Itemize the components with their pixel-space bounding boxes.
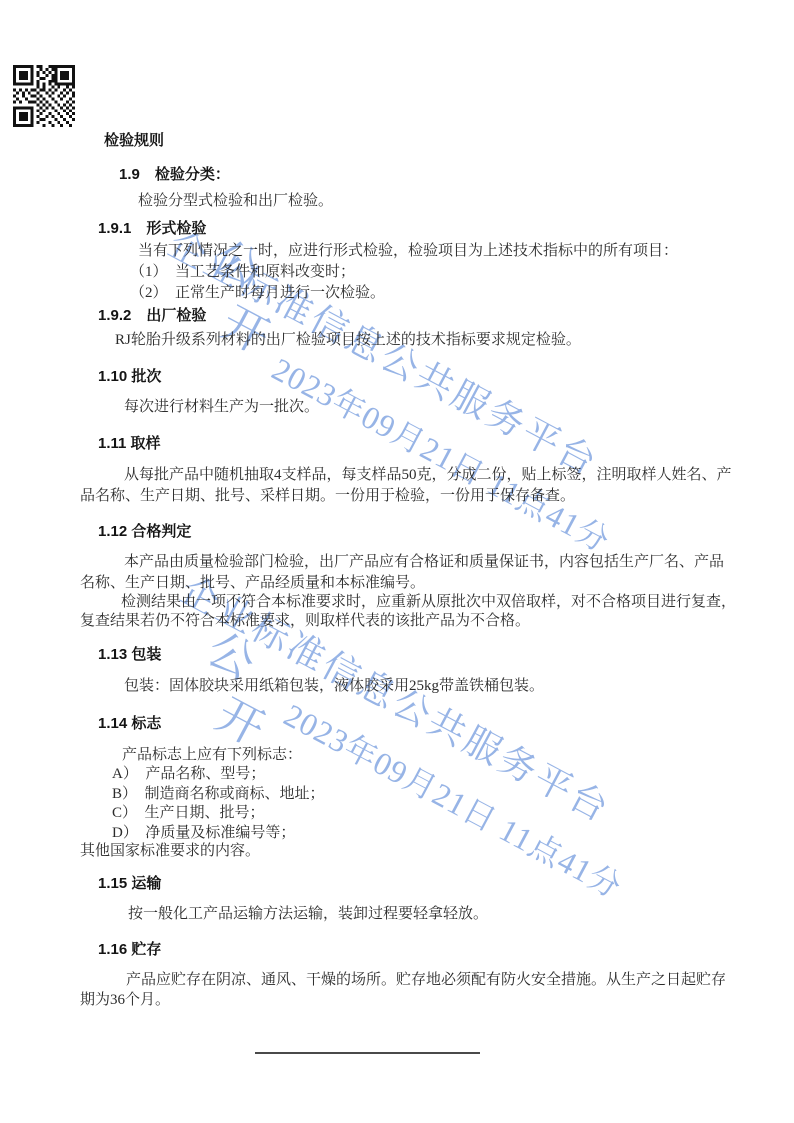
list-item-1: （1） 当工艺条件和原料改变时；: [130, 263, 355, 282]
document-page: 企业标准信息公共服务平台 2023年09月21日 11点41分 公 开 企业标准…: [0, 0, 794, 1123]
list-item-2: （2） 正常生产时每月进行一次检验。: [130, 284, 385, 303]
paragraph-1-13: 包装：固体胶块采用纸箱包装，液体胶采用25kg带盖铁桶包装。: [124, 677, 544, 696]
paragraph-1-14-tail: 其他国家标准要求的内容。: [80, 842, 260, 861]
paragraph-1-10: 每次进行材料生产为一批次。: [124, 398, 319, 417]
paragraph-1-9-1-intro: 当有下列情况之一时，应进行形式检验，检验项目为上述技术指标中的所有项目：: [138, 242, 678, 261]
heading-1-11: 1.11 取样: [98, 434, 161, 453]
heading-1-9-2: 1.9.2 出厂检验: [98, 306, 206, 325]
list-item-b: B） 制造商名称或商标、地址；: [112, 785, 325, 804]
heading-1-10: 1.10 批次: [98, 367, 161, 386]
heading-1-13: 1.13 包装: [98, 645, 161, 664]
heading-1-9-1: 1.9.1 形式检验: [98, 219, 206, 238]
list-item-c: C） 生产日期、批号；: [112, 804, 265, 823]
paragraph-1-11-line1: 从每批产品中随机抽取4支样品，每支样品50克，分成二份，贴上标签，注明取样人姓名…: [124, 466, 732, 485]
paragraph-1-15: 按一般化工产品运输方法运输，装卸过程要轻拿轻放。: [128, 905, 488, 924]
paragraph-1-9: 检验分型式检验和出厂检验。: [138, 192, 333, 211]
paragraph-1-16-line1: 产品应贮存在阴凉、通风、干燥的场所。贮存地必须配有防火安全措施。从生产之日起贮存: [126, 971, 726, 990]
paragraph-1-9-2: RJ轮胎升级系列材料的出厂检验项目按上述的技术指标要求规定检验。: [115, 331, 581, 350]
page-title: 检验规则: [104, 131, 164, 150]
heading-1-9: 1.9 检验分类：: [119, 165, 230, 184]
list-item-d: D） 净质量及标准编号等；: [112, 824, 295, 843]
heading-1-16: 1.16 贮存: [98, 940, 161, 959]
paragraph-1-12-p1-line2: 名称、生产日期、批号、产品经质量和本标准编号。: [80, 574, 425, 593]
list-item-a: A） 产品名称、型号；: [112, 765, 265, 784]
qr-code: [13, 65, 75, 127]
paragraph-1-12-p1-line1: 本产品由质量检验部门检验，出厂产品应有合格证和质量保证书，内容包括生产厂名、产品: [124, 553, 724, 572]
heading-1-14: 1.14 标志: [98, 714, 161, 733]
paragraph-1-11-line2: 品名称、生产日期、批号、采样日期。一份用于检验，一份用于保存备查。: [80, 487, 575, 506]
paragraph-1-12-p2-line2: 复查结果若仍不符合本标准要求，则取样代表的该批产品为不合格。: [80, 612, 530, 631]
paragraph-1-16-line2: 期为36个月。: [80, 991, 170, 1010]
paragraph-1-14-intro: 产品标志上应有下列标志：: [122, 746, 302, 765]
heading-1-12: 1.12 合格判定: [98, 522, 191, 541]
footer-rule: [255, 1052, 480, 1054]
paragraph-1-12-p2-line1: 检测结果由一项不符合本标准要求时，应重新从原批次中双倍取样，对不合格项目进行复查…: [121, 593, 736, 612]
heading-1-15: 1.15 运输: [98, 874, 161, 893]
